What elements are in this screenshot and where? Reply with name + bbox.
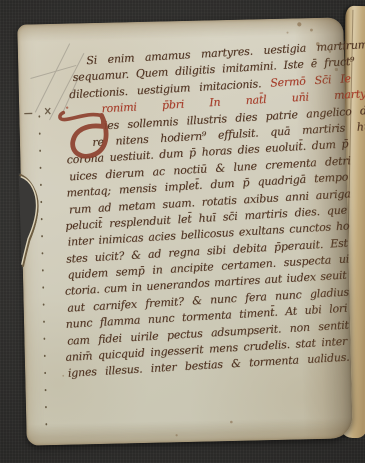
rubric-text: Sermō Sc̄i Ie [270, 72, 351, 90]
manuscript-photograph: D Si enim amamus martyres. uestigia mart… [0, 0, 365, 463]
manuscript-page: D Si enim amamus martyres. uestigia mart… [17, 17, 352, 445]
initial-d-drawing [55, 102, 116, 161]
pricking-dots [39, 116, 46, 434]
text-block: D Si enim amamus martyres. uestigia mart… [58, 38, 360, 382]
left-edge-notch [19, 172, 40, 270]
